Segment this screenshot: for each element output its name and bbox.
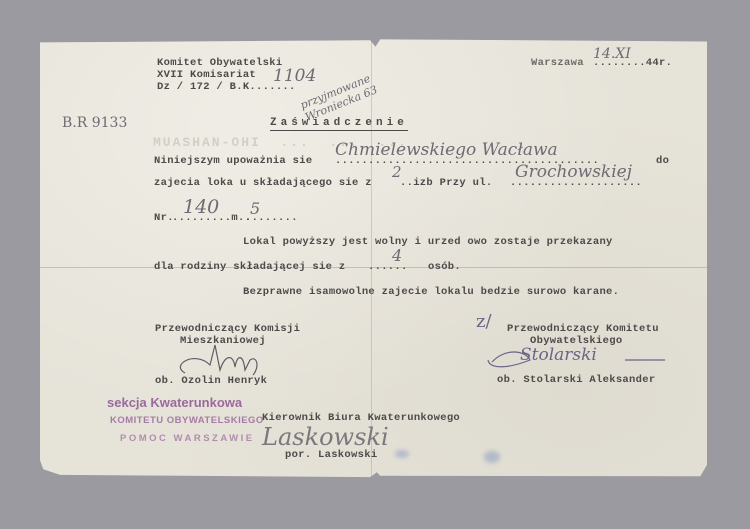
header-place: Warszawa	[531, 57, 584, 69]
body-line6-warning: Bezprawne isamowolne zajecie lokalu bedz…	[243, 286, 619, 298]
header-year: ........44r.	[593, 57, 672, 69]
body-line2-prefix: zajecia loka u składającego sie z	[154, 177, 372, 189]
body-line2-middle: ..izb Przy ul.	[400, 177, 492, 189]
persons-count: 4	[392, 246, 402, 265]
body-line3-middle: .........m..	[172, 212, 251, 224]
body-line5-prefix: dla rodziny składającej sie z	[154, 261, 345, 273]
ink-blot	[484, 451, 500, 463]
bottom-signatory-name: por. Laskowski	[285, 449, 377, 461]
body-line4: Lokal powyższy jest wolny i urzed owo zo…	[243, 236, 613, 248]
stamp-line-1: sekcja Kwaterunkowa	[107, 395, 242, 410]
bottom-signature: Laskowski	[262, 423, 389, 451]
right-signatory-name: ob. Stolarski Aleksander	[497, 374, 655, 386]
header-commissariat: XVII Komisariat	[157, 69, 256, 81]
stamp-line-2: KOMITETU OBYWATELSKIEGO	[110, 415, 264, 426]
left-signatory-name: ob. Ozolin Henryk	[155, 375, 267, 387]
archive-number: B.R 9133	[62, 115, 127, 131]
body-line5-suffix: osób.	[428, 261, 461, 273]
body-line3-dots: ........	[245, 212, 298, 224]
header-committee: Komitet Obywatelski	[157, 57, 282, 69]
authorized-person-name: Chmielewskiego Wacława	[335, 140, 558, 160]
street-name: Grochowskiej	[515, 162, 632, 182]
document-title: Zaświadczenie	[270, 117, 408, 131]
ink-blot	[395, 450, 409, 458]
body-line1-suffix: do	[656, 155, 669, 167]
right-signature: Stolarski	[520, 345, 597, 365]
proxy-mark: z/	[476, 311, 492, 332]
right-signatory-title-1: Przewodniczący Komitetu	[507, 323, 659, 335]
left-signatory-title-1: Przewodniczący Komisji	[155, 323, 300, 335]
body-line3-prefix: Nr.	[154, 212, 174, 224]
body-line1-prefix: Niniejszym upoważnia sie	[154, 155, 312, 167]
stamp-line-3: POMOC WARSZAWIE	[120, 433, 255, 444]
case-number: 1104	[273, 66, 316, 86]
